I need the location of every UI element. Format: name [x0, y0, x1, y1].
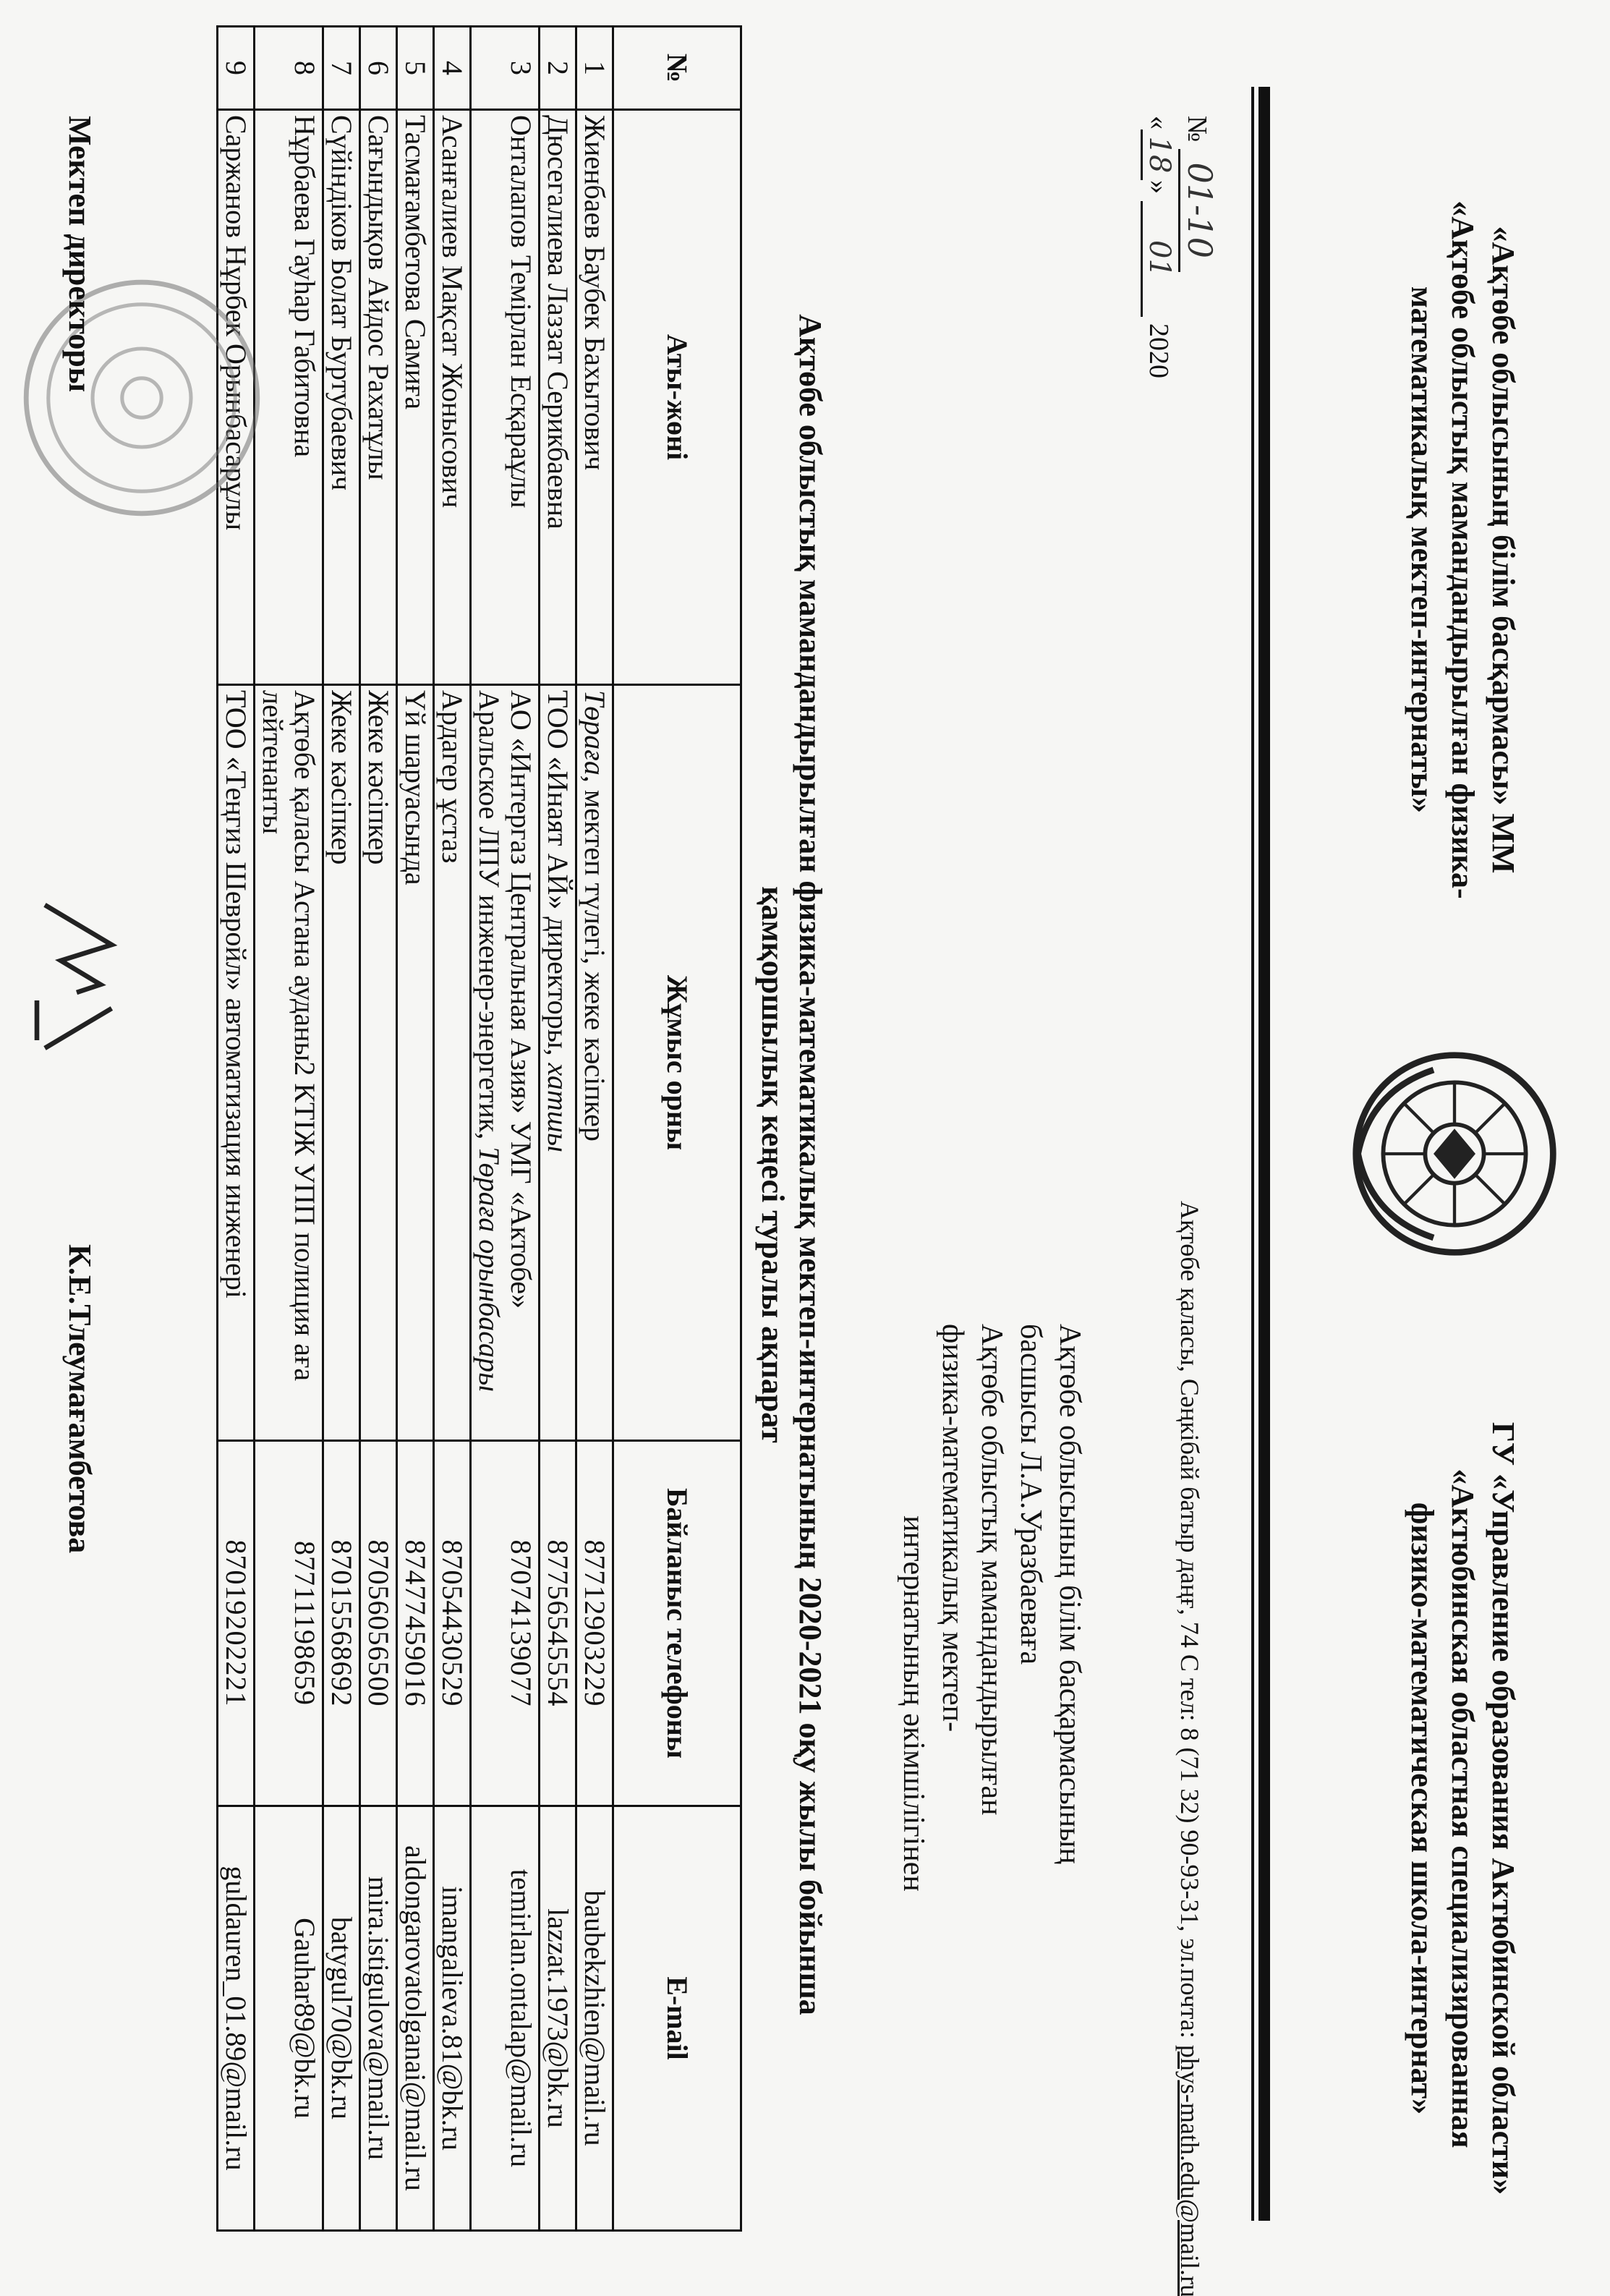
cell-work: ТОО «Теңгиз Шевройл» автоматизация инжен…	[218, 685, 255, 1441]
cell-name: Тасмағамбетова Самиға	[397, 110, 434, 685]
title-line-1: Ақтөбе облыстық мамандандырылған физика-…	[791, 116, 829, 2214]
cell-work: АО «Интергаз Центральная Азия» УМГ «Акто…	[471, 685, 540, 1441]
cell-phone: 87477459016	[397, 1441, 434, 1806]
registration-number: № 01-10	[1178, 116, 1219, 272]
cell-name: Онталапов Темірлан Есқарaұлы	[471, 110, 540, 685]
table-row: 6Сағындықов Айдос РахатұлыЖеке кәсіпкер …	[360, 27, 397, 2231]
cell-num: 3	[471, 27, 540, 110]
cell-name: Асанғалиев Мақсат Жоныcович	[434, 110, 471, 685]
cell-email[interactable]: mira.istigulova@mail.ru	[360, 1806, 397, 2231]
cell-name: Сағындықов Айдос Рахатұлы	[360, 110, 397, 685]
recipient-line: Ақтөбе облысының білім басқармасының	[1050, 1324, 1089, 2083]
cell-phone: 87015568692	[323, 1441, 360, 1806]
cell-email[interactable]: aldongarovatolganai@mail.ru	[397, 1806, 434, 2231]
table-header-row: № Аты-жөні Жұмыс орны Байланыс телефоны …	[613, 27, 741, 2231]
cell-email[interactable]: guldauren_01.89@mail.ru	[218, 1806, 255, 2231]
address-line: Ақтөбе қаласы, Сәңкібай батыр даңғ, 74 С…	[1175, 1201, 1205, 2296]
table-row: 3Онталапов Темірлан ЕсқарaұлыАО «Интерга…	[471, 27, 540, 2231]
cell-phone: 87712903229	[576, 1441, 613, 1806]
work-text: Жеке кәсіпкер	[325, 690, 358, 864]
work-text: мектеп түлегі, жеке кәсіпкер	[579, 783, 611, 1141]
col-header-num: №	[613, 27, 741, 110]
cell-work: Жеке кәсіпкер	[360, 685, 397, 1441]
cell-num: 6	[360, 27, 397, 110]
letter-page: «Ақтөбе облысының білім басқармасы» ММ «…	[0, 0, 1610, 2296]
address-text: Ақтөбе қаласы, Сәңкібай батыр даңғ, 74 С…	[1175, 1201, 1204, 2045]
cell-phone: 87756545554	[540, 1441, 576, 1806]
date-year: 2020	[1143, 323, 1174, 378]
state-emblem-icon	[1350, 1049, 1559, 1259]
cell-email[interactable]: imangalieva.81@bk.ru	[434, 1806, 471, 2231]
address-email-link[interactable]: phys-math.edu@mail.ru	[1175, 2045, 1204, 2296]
cell-num: 1	[576, 27, 613, 110]
cell-name: Дюсегалиева Лаззат Серикбаевна	[540, 110, 576, 685]
cell-phone: 87054430529	[434, 1441, 471, 1806]
header-left-line: «Ақтөбе облысының білім басқармасы» ММ	[1483, 109, 1523, 991]
work-text: Ардагер ұстаз	[436, 690, 469, 863]
cell-email[interactable]: baubekzhien@mail.ru	[576, 1806, 613, 2231]
header-russian: ГУ «Управление образования Актюбинской о…	[1402, 1374, 1523, 2242]
title-line-2: қамқоршылық кеңесі туралы ақпарат	[754, 116, 791, 2214]
cell-work: Төраға, мектеп түлегі, жеке кәсіпкер	[576, 685, 613, 1441]
col-header-email: E-mail	[613, 1806, 741, 2231]
header-right-line: физико-математическая школа-интернат»	[1402, 1374, 1442, 2242]
cell-name: Жиенбаев Баубек Бахытович	[576, 110, 613, 685]
recipient-block: Ақтөбе облысының білім басқармасының бас…	[894, 1324, 1089, 2083]
work-text: ТОО «Инаят АЙ» директоры,	[542, 690, 574, 1063]
header-right-line: ГУ «Управление образования Актюбинской о…	[1483, 1374, 1523, 2242]
work-text: ТОО «Теңгиз Шевройл» автоматизация инжен…	[220, 690, 252, 1298]
cell-email[interactable]: temirlan.ontalap@mail.ru	[471, 1806, 540, 2231]
header-kazakh: «Ақтөбе облысының білім басқармасы» ММ «…	[1402, 109, 1523, 991]
number-value: 01-10	[1178, 149, 1219, 272]
recipient-line: интернатының әкімшілігінен	[894, 1324, 933, 2083]
cell-work: ТОО «Инаят АЙ» директоры, хатшы	[540, 685, 576, 1441]
cell-phone: 87019202221	[218, 1441, 255, 1806]
cell-email[interactable]: batygul70@bk.ru	[323, 1806, 360, 2231]
cell-work: Ақтөбе қаласы Астана ауданы2 КТІЖ УПП по…	[255, 685, 323, 1441]
header-left-line: «Ақтөбе облыстық мамандандырылған физика…	[1442, 109, 1483, 991]
table-row: 2Дюсегалиева Лаззат СерикбаевнаТОО «Иная…	[540, 27, 576, 2231]
col-header-name: Аты-жөні	[613, 110, 741, 685]
table-row: 1Жиенбаев Баубек БахытовичТөраға, мектеп…	[576, 27, 613, 2231]
date-month: 01	[1141, 201, 1176, 317]
cell-num: 2	[540, 27, 576, 110]
recipient-line: Ақтөбе облыстық мамандандырылған	[972, 1324, 1011, 2083]
header-divider	[1258, 87, 1270, 2221]
work-role-tail-italic: хатшы	[542, 1063, 574, 1152]
cell-email[interactable]: Gauhar89@bk.ru	[255, 1806, 323, 2231]
col-header-work: Жұмыс орны	[613, 685, 741, 1441]
board-members-table: № Аты-жөні Жұмыс орны Байланыс телефоны …	[216, 25, 742, 2232]
recipient-line: физика-математикалық мектеп-	[933, 1324, 972, 2083]
recipient-line: басшысы Л.А.Уразбаеваға	[1011, 1324, 1050, 2083]
document-title: Ақтөбе облыстық мамандандырылған физика-…	[754, 116, 829, 2214]
cell-work: Ардагер ұстаз	[434, 685, 471, 1441]
cell-num: 4	[434, 27, 471, 110]
cell-num: 9	[218, 27, 255, 110]
col-header-phone: Байланыс телефоны	[613, 1441, 741, 1806]
header-right-line: «Актюбинская областная специализированна…	[1442, 1374, 1483, 2242]
number-label: №	[1182, 116, 1212, 142]
header-divider-thin	[1251, 87, 1254, 2221]
director-title: Мектеп директоры	[61, 116, 98, 392]
cell-phone: 87711198659	[255, 1441, 323, 1806]
cell-num: 5	[397, 27, 434, 110]
cell-work: Үй шаруасында	[397, 685, 434, 1441]
work-role-tail-italic: Төраға орынбасары	[473, 1147, 506, 1392]
school-stamp-icon	[19, 275, 265, 521]
work-text: Жеке кәсіпкер	[362, 690, 395, 864]
work-text: Ақтөбе қаласы Астана ауданы2 КТІЖ УПП по…	[257, 690, 321, 1381]
cell-email[interactable]: lazzat.1973@bk.ru	[540, 1806, 576, 2231]
table-row: 4Асанғалиев Мақсат ЖоныcовичАрдагер ұста…	[434, 27, 471, 2231]
table-row: 5Тасмағамбетова СамиғаҮй шаруасында 8747…	[397, 27, 434, 2231]
signature-icon	[26, 897, 127, 1056]
director-name: К.Е.Тлеумағамбетова	[61, 1244, 98, 1553]
table-row: 7Сүйіндіков Болат БуртубаевичЖеке кәсіпк…	[323, 27, 360, 2231]
cell-name: Сүйіндіков Болат Буртубаевич	[323, 110, 360, 685]
work-role-italic: Төраға,	[579, 690, 611, 783]
header-left-line: математикалық мектеп-интернаты»	[1402, 109, 1442, 991]
cell-work: Жеке кәсіпкер	[323, 685, 360, 1441]
registration-date: «18» 01 2020	[1141, 116, 1176, 378]
cell-num: 8	[255, 27, 323, 110]
cell-phone: 87074139077	[471, 1441, 540, 1806]
work-text: Үй шаруасында	[399, 690, 432, 885]
cell-phone: 87056056500	[360, 1441, 397, 1806]
cell-num: 7	[323, 27, 360, 110]
date-day: 18	[1141, 129, 1176, 180]
